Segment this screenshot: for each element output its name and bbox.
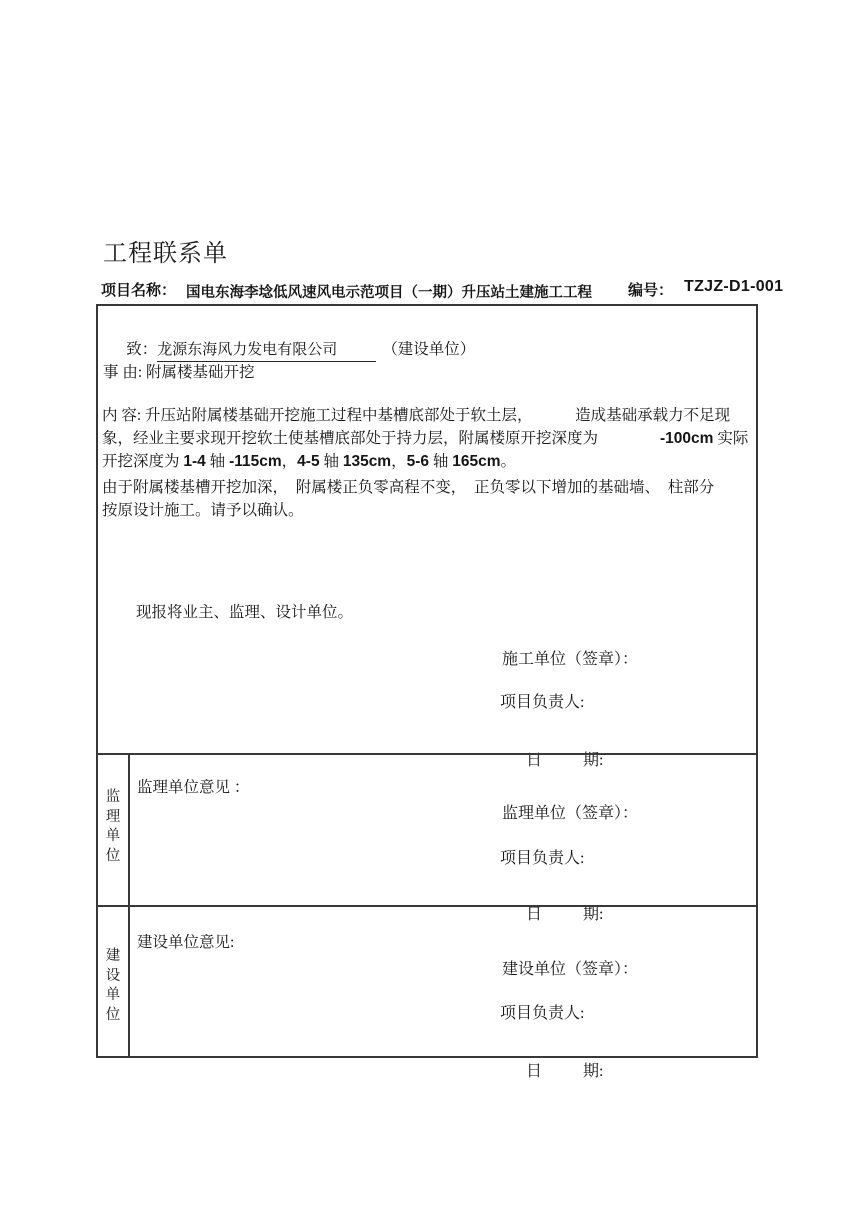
side-label-char: 设 bbox=[98, 967, 128, 987]
content-line: 象，经业主要求现开挖软土使基槽底部处于持力层，附属楼原开挖深度为 -100cm … bbox=[102, 427, 748, 450]
construction-manager-label: 项目负责人: bbox=[500, 689, 584, 712]
client-manager-label: 项目负责人: bbox=[500, 1000, 584, 1023]
side-label-char: 理 bbox=[98, 808, 128, 828]
divider-client-top bbox=[98, 905, 756, 907]
side-label-char: 位 bbox=[98, 847, 128, 867]
date-word-label: 期: bbox=[583, 1063, 603, 1080]
supervision-date-line: 日期: bbox=[502, 883, 603, 942]
side-label-char: 监 bbox=[98, 788, 128, 808]
supervision-opinion-label: 监理单位意见 ： bbox=[137, 775, 249, 797]
document-page: 工程联系单 项目名称： 国电东海李埝低风速风电示范项目（一期）升压站土建施工工程… bbox=[0, 0, 860, 1218]
content-line: 按原设计施工。请予以确认。 bbox=[102, 499, 714, 522]
content-paragraph-2: 由于附属楼基槽开挖加深， 附属楼正负零高程不变， 正负零以下增加的基础墙、 柱部… bbox=[102, 476, 714, 522]
date-day-label: 日 bbox=[526, 906, 542, 923]
client-side-label: 建设单位 bbox=[98, 947, 128, 1025]
doc-number-label: 编号： bbox=[628, 279, 673, 300]
form-table: 致：龙源东海风力发电有限公司（建设单位） 事 由: 附属楼基础开挖 内 容: 升… bbox=[96, 304, 758, 1058]
content-line: 开挖深度为 1-4 轴 -115cm，4-5 轴 135cm，5-6 轴 165… bbox=[102, 450, 748, 473]
client-date-line: 日期: bbox=[502, 1040, 603, 1099]
client-unit-seal-label: 建设单位（签章）： bbox=[502, 956, 638, 979]
divider-supervision-top bbox=[98, 753, 756, 755]
subject-line: 事 由: 附属楼基础开挖 bbox=[103, 360, 255, 382]
report-note: 现报将业主、监理、设计单位。 bbox=[136, 600, 353, 622]
side-label-char: 单 bbox=[98, 827, 128, 847]
side-label-char: 建 bbox=[98, 947, 128, 967]
supervision-unit-seal-label: 监理单位（签章）： bbox=[502, 800, 638, 823]
supervision-manager-label: 项目负责人: bbox=[500, 845, 584, 868]
project-name-label: 项目名称： bbox=[101, 279, 176, 300]
addressee-company: 龙源东海风力发电有限公司 bbox=[157, 338, 376, 362]
date-word-label: 期: bbox=[583, 906, 603, 923]
content-line: 由于附属楼基槽开挖加深， 附属楼正负零高程不变， 正负零以下增加的基础墙、 柱部… bbox=[102, 476, 714, 499]
side-label-char: 位 bbox=[98, 1006, 128, 1026]
content-line: 内 容: 升压站附属楼基础开挖施工过程中基槽底部处于软土层， 造成基础承载力不足… bbox=[102, 404, 748, 427]
supervision-side-label: 监理单位 bbox=[98, 788, 128, 866]
addressee-suffix: （建设单位） bbox=[382, 341, 475, 358]
doc-number-value: TZJZ-D1-001 bbox=[684, 278, 783, 296]
date-day-label: 日 bbox=[526, 1063, 542, 1080]
construction-unit-seal-label: 施工单位（签章）： bbox=[502, 646, 638, 669]
client-side-divider bbox=[128, 905, 130, 1058]
content-paragraph-1: 内 容: 升压站附属楼基础开挖施工过程中基槽底部处于软土层， 造成基础承载力不足… bbox=[102, 404, 748, 473]
side-label-char: 单 bbox=[98, 986, 128, 1006]
project-name-value: 国电东海李埝低风速风电示范项目（一期）升压站土建施工工程 bbox=[186, 281, 592, 302]
page-title: 工程联系单 bbox=[103, 233, 228, 268]
supervision-side-divider bbox=[128, 753, 130, 905]
addressee-label: 致： bbox=[126, 341, 157, 358]
construction-date-line: 日期: bbox=[502, 729, 603, 788]
client-opinion-label: 建设单位意见: bbox=[137, 930, 234, 952]
